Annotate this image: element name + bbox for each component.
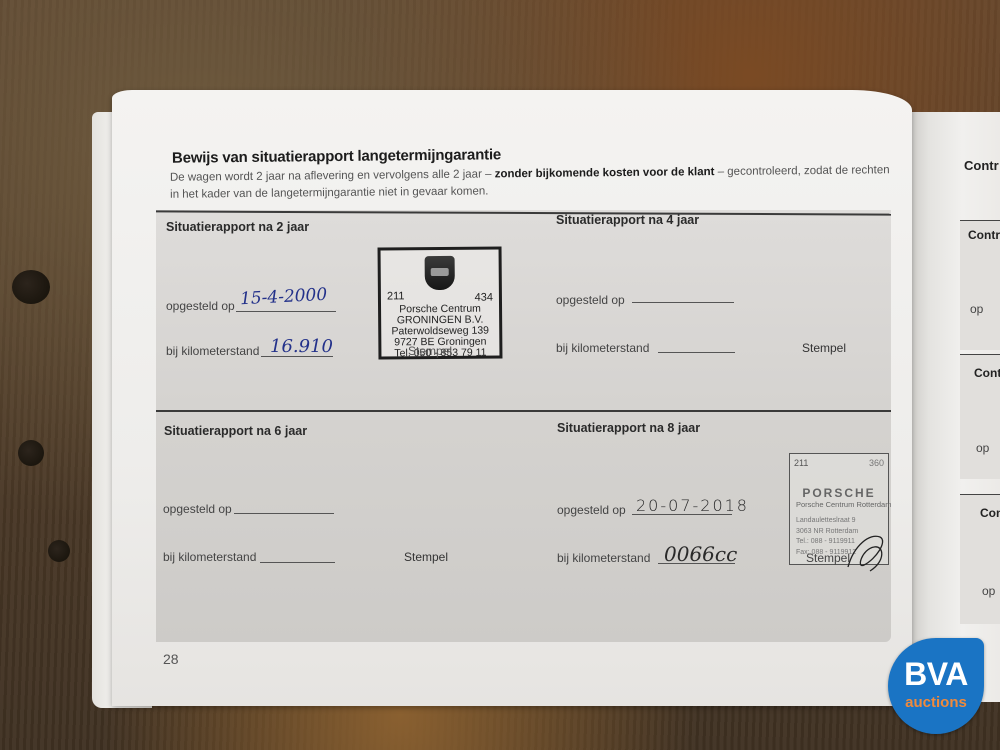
km-label: bij kilometerstand — [166, 344, 259, 358]
wood-knot — [12, 270, 50, 304]
handwritten-km: 0066cc — [664, 542, 737, 566]
section-title-8-jaar: Situatierapport na 8 jaar — [557, 421, 700, 435]
km-field-4-jaar[interactable] — [658, 352, 735, 353]
date-label: opgesteld op — [163, 502, 232, 516]
wood-knot — [18, 440, 44, 466]
right-page-op-label: op — [976, 441, 989, 455]
right-page-section-heading: Contr — [968, 228, 1000, 242]
stamp-number: 360 — [869, 458, 884, 468]
wood-knot — [48, 540, 70, 562]
km-field-6-jaar[interactable] — [260, 562, 335, 563]
date-field-2-jaar[interactable] — [236, 311, 336, 312]
stamp-dealer-name: Porsche Centrum Rotterdam — [796, 500, 891, 509]
dealer-stamp-groningen: 211 434 Porsche Centrum GRONINGEN B.V. P… — [378, 246, 503, 359]
porsche-wordmark: PORSCHE — [790, 486, 888, 500]
right-page-section-heading: Cont — [974, 366, 1000, 380]
stamp-number: 211 — [387, 290, 405, 302]
section-title-4-jaar: Situatierapport na 4 jaar — [556, 213, 699, 227]
right-page-section-heading: Con — [980, 506, 1000, 520]
porsche-crest-icon — [425, 256, 455, 290]
section-divider — [156, 410, 891, 412]
km-label: bij kilometerstand — [557, 551, 650, 565]
section-title-6-jaar: Situatierapport na 6 jaar — [164, 424, 307, 438]
stamp-number: 211 — [794, 458, 808, 468]
date-label: opgesteld op — [556, 293, 625, 307]
page-number: 28 — [163, 651, 179, 667]
signature-icon — [840, 525, 890, 575]
right-page-heading: Contr — [964, 158, 999, 173]
date-label: opgesteld op — [166, 299, 235, 313]
handwritten-date: 20-07-2018 — [636, 496, 749, 515]
km-label: bij kilometerstand — [163, 550, 256, 564]
date-field-4-jaar[interactable] — [632, 302, 734, 303]
km-label: bij kilometerstand — [556, 341, 649, 355]
date-label: opgesteld op — [557, 503, 626, 517]
bva-auctions-logo: BVA auctions — [888, 638, 984, 734]
stamp-label: Stempel — [408, 344, 452, 358]
date-field-6-jaar[interactable] — [234, 513, 334, 514]
intro-text: De wagen wordt 2 jaar na aflevering en v… — [170, 168, 495, 183]
intro-bold-text: zonder bijkomende kosten voor de klant — [495, 166, 715, 180]
right-page-op-label: op — [982, 584, 995, 598]
bva-logo-subtext: auctions — [888, 694, 984, 711]
stamp-label: Stempel — [404, 550, 448, 564]
right-page-op-label: op — [970, 302, 983, 316]
document-title: Bewijs van situatierapport langetermijng… — [172, 146, 501, 166]
handwritten-km: 16.910 — [270, 336, 333, 357]
bva-logo-text: BVA — [888, 656, 984, 693]
section-title-2-jaar: Situatierapport na 2 jaar — [166, 220, 309, 234]
stamp-label: Stempel — [802, 341, 846, 355]
